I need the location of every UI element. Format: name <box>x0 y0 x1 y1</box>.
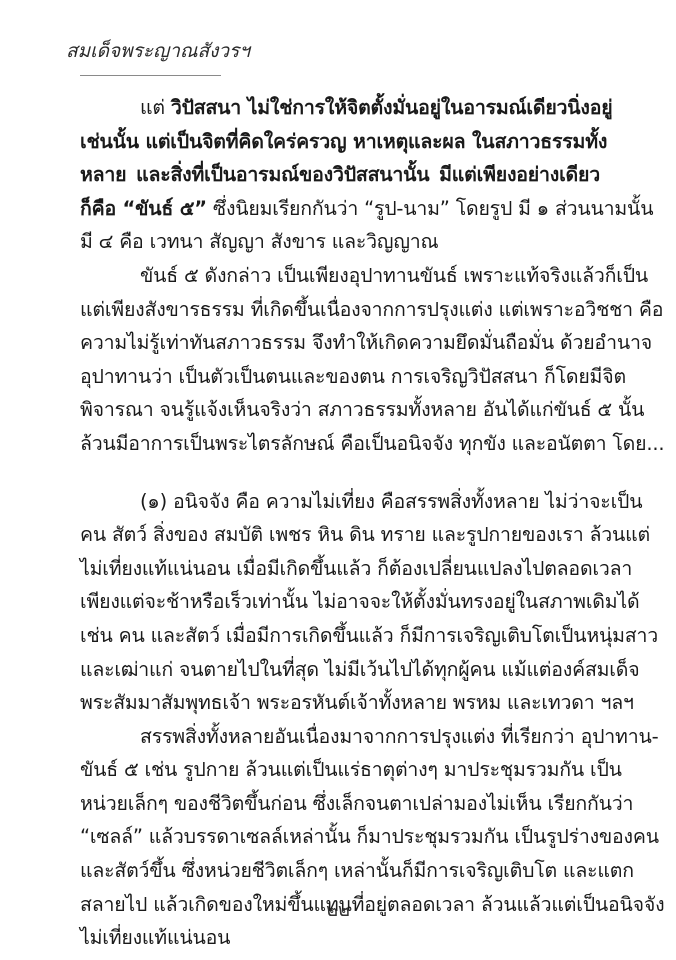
text-line: “เซลล์” แล้วบรรดาเซลล์เหล่านั้น ก็มาประช… <box>80 820 600 854</box>
text-line: ขันธ์ ๕ เช่น รูปกาย ล้วนแต่เป็นแร่ธาตุต่… <box>80 753 600 787</box>
paragraph-gap <box>80 461 600 485</box>
text-line: อุปาทานว่า เป็นตัวเป็นตนและของตน การเจริ… <box>80 360 600 394</box>
text-line: พระสัมมาสัมพุทธเจ้า พระอรหันต์เจ้าทั้งหล… <box>80 686 600 720</box>
text-line: ความไม่รู้เท่าทันสภาวธรรม จึงทำให้เกิดคว… <box>80 326 600 360</box>
text-line: ล้วนมีอาการเป็นพระไตรลักษณ์ คือเป็นอนิจจ… <box>80 427 600 461</box>
text-line: แต่เพียงสังขารธรรม ที่เกิดขึ้นเนื่องจากก… <box>80 293 600 327</box>
paragraph-khandha: ขันธ์ ๕ ดังกล่าว เป็นเพียงอุปาทานขันธ์ เ… <box>80 259 600 461</box>
page-body: แต่ วิปัสสนา ไม่ใช่การให้จิตตั้งมั่นอยู่… <box>80 91 600 955</box>
text-bold: วิปัสสนา ไม่ใช่การให้จิตตั้งมั่นอยู่ในอา… <box>171 96 613 119</box>
paragraph-vipassana: แต่ วิปัสสนา ไม่ใช่การให้จิตตั้งมั่นอยู่… <box>80 91 600 259</box>
text-line: พิจารณา จนรู้แจ้งเห็นจริงว่า สภาวธรรมทั้… <box>80 393 600 427</box>
text-line: เช่น คน และสัตว์ เมื่อมีการเกิดขึ้นแล้ว … <box>80 619 600 653</box>
text-regular: ซึ่งนิยมเรียกกันว่า “รูป-นาม” โดยรูป มี … <box>207 197 653 220</box>
text-line: และสัตว์ขึ้น ซึ่งหน่วยชีวิตเล็กๆ เหล่านั… <box>80 854 600 888</box>
text-line: เพียงแต่จะช้าหรือเร็วเท่านั้น ไม่อาจจะให… <box>80 585 600 619</box>
header-rule <box>80 75 221 76</box>
text-line: ไม่เที่ยงแท้แน่นอน <box>80 921 600 955</box>
text-line: แต่ วิปัสสนา ไม่ใช่การให้จิตตั้งมั่นอยู่… <box>80 91 600 125</box>
text-line: ขันธ์ ๕ ดังกล่าว เป็นเพียงอุปาทานขันธ์ เ… <box>80 259 600 293</box>
page-number: ๒๒ <box>0 895 676 924</box>
text-line: มี ๔ คือ เวทนา สัญญา สังขาร และวิญญาณ <box>80 225 600 259</box>
text-line: คน สัตว์ สิ่งของ สมบัติ เพชร หิน ดิน ทรา… <box>80 518 600 552</box>
text-line: สรรพสิ่งทั้งหลายอันเนื่องมาจากการปรุงแต่… <box>80 720 600 754</box>
text-line: และเฒ่าแก่ จนตายไปในที่สุด ไม่มีเว้นไปได… <box>80 653 600 687</box>
text-line: ไม่เที่ยงแท้แน่นอน เมื่อมีเกิดขึ้นแล้ว ก… <box>80 552 600 586</box>
text-line: หลาย และสิ่งที่เป็นอารมณ์ของวิปัสสนานั้น… <box>80 158 600 192</box>
paragraph-anicca: (๑) อนิจจัง คือ ความไม่เที่ยง คือสรรพสิ่… <box>80 485 600 720</box>
text-line: เช่นนั้น แต่เป็นจิตที่คิดใคร่ครวญ หาเหตุ… <box>80 125 600 159</box>
text-line: ก็คือ “ขันธ์ ๕” ซึ่งนิยมเรียกกันว่า “รูป… <box>80 192 600 226</box>
text-regular: แต่ <box>140 96 171 119</box>
running-header-title: สมเด็จพระญาณสังวรฯ <box>66 36 250 66</box>
text-line: (๑) อนิจจัง คือ ความไม่เที่ยง คือสรรพสิ่… <box>80 485 600 519</box>
text-bold: ก็คือ “ขันธ์ ๕” <box>80 197 207 220</box>
text-line: หน่วยเล็กๆ ของชีวิตขึ้นก่อน ซึ่งเล็กจนตา… <box>80 787 600 821</box>
